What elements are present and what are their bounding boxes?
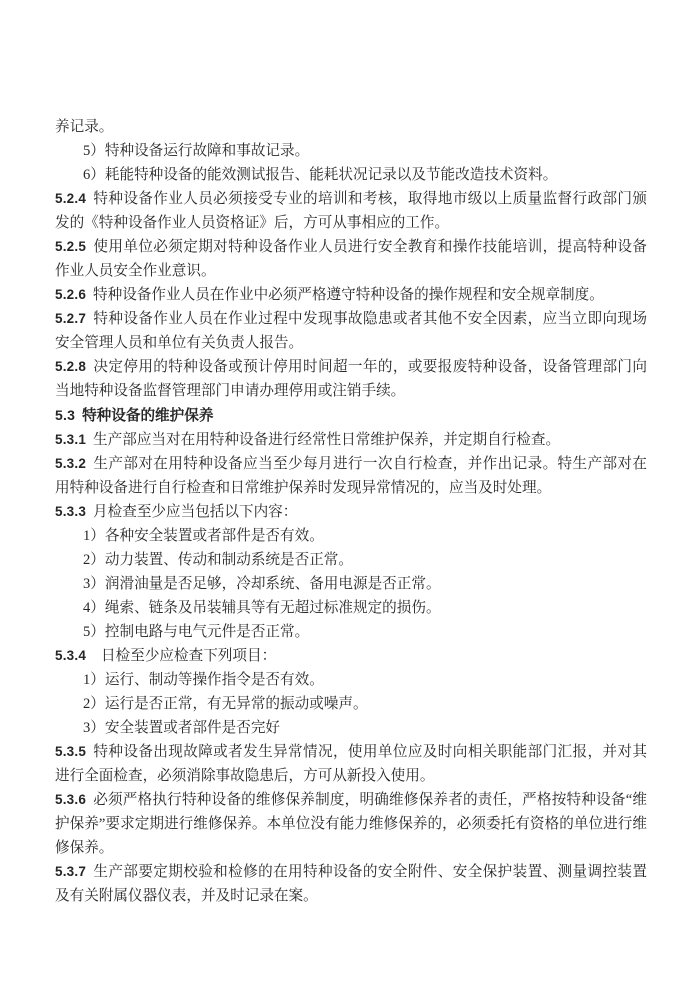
paragraph-text: 月检查至少应当包括以下内容： [93,504,297,520]
paragraph: 5）控制电路与电气元件是否正常。 [55,620,647,644]
section-heading: 5.3特种设备的维护保养 [55,403,647,428]
paragraph: 5.3.7生产部要定期校验和检修的在用特种设备的安全附件、安全保护装置、测量调控… [55,860,647,908]
paragraph-text: 生产部要定期校验和检修的在用特种设备的安全附件、安全保护装置、测量调控装置及有关… [55,864,647,904]
section-number: 5.2.5 [55,239,86,254]
paragraph: 5）特种设备运行故障和事故记录。 [55,139,647,163]
paragraph: 5.2.6特种设备作业人员在作业中必须严格遵守特种设备的操作规程和安全规章制度。 [55,283,647,307]
paragraph: 1）运行、制动等操作指令是否有效。 [55,668,647,692]
paragraph: 6）耗能特种设备的能效测试报告、能耗状况记录以及节能改造技术资料。 [55,163,647,187]
paragraph-text: 1）各种安全装置或者部件是否有效。 [83,528,324,544]
paragraph: 4）绳索、链条及吊装辅具等有无超过标准规定的损伤。 [55,596,647,620]
paragraph-text: 养记录。 [55,119,113,135]
paragraph-text: 特种设备作业人员在作业过程中发现事故隐患或者其他不安全因素，应当立即向现场安全管… [55,311,647,351]
paragraph-text: 4）绳索、链条及吊装辅具等有无超过标准规定的损伤。 [83,600,441,616]
paragraph: 5.2.4特种设备作业人员必须接受专业的培训和考核，取得地市级以上质量监督行政部… [55,187,647,235]
paragraph-text: 日检至少应检查下列项目： [101,648,276,664]
section-number: 5.2.8 [55,359,86,374]
section-number: 5.3 [55,407,75,423]
paragraph: 1）各种安全装置或者部件是否有效。 [55,524,647,548]
paragraph: 养记录。 [55,115,647,139]
paragraph-text: 2）动力装置、传动和制动系统是否正常。 [83,552,353,568]
paragraph: 2）动力装置、传动和制动系统是否正常。 [55,548,647,572]
section-number: 5.3.5 [55,744,86,759]
section-number: 5.3.2 [55,456,86,471]
paragraph: 5.3.1生产部应当对在用特种设备进行经常性日常维护保养，并定期自行检查。 [55,428,647,452]
paragraph: 5.2.5使用单位必须定期对特种设备作业人员进行安全教育和操作技能培训，提高特种… [55,235,647,283]
paragraph: 5.2.7特种设备作业人员在作业过程中发现事故隐患或者其他不安全因素，应当立即向… [55,307,647,355]
paragraph-text: 使用单位必须定期对特种设备作业人员进行安全教育和操作技能培训，提高特种设备作业人… [55,239,647,279]
paragraph: 5.3.6必须严格执行特种设备的维修保养制度，明确维修保养者的责任，严格按特种设… [55,788,647,860]
section-number: 5.3.4 [55,648,86,663]
section-number: 5.2.4 [55,191,86,206]
paragraph: 5.3.2生产部对在用特种设备应当至少每月进行一次自行检查，并作出记录。特生产部… [55,452,647,500]
paragraph-text: 2）运行是否正常，有无异常的振动或噪声。 [83,696,368,712]
paragraph-text: 生产部对在用特种设备应当至少每月进行一次自行检查，并作出记录。特生产部对在用特种… [55,456,647,496]
paragraph: 5.2.8决定停用的特种设备或预计停用时间超一年的，或要报废特种设备，设备管理部… [55,355,647,403]
paragraph-text: 3）润滑油量是否足够，冷却系统、备用电源是否正常。 [83,576,441,592]
paragraph: 2）运行是否正常，有无异常的振动或噪声。 [55,692,647,716]
paragraph: 3）安全装置或者部件是否完好 [55,716,647,740]
paragraph: 5.3.4日检至少应检查下列项目： [55,644,647,668]
paragraph: 3）润滑油量是否足够，冷却系统、备用电源是否正常。 [55,572,647,596]
section-number: 5.3.1 [55,432,86,447]
paragraph-text: 3）安全装置或者部件是否完好 [83,720,280,736]
paragraph: 5.3.5特种设备出现故障或者发生异常情况，使用单位应及时向相关职能部门汇报，并… [55,740,647,788]
section-number: 5.3.3 [55,504,86,519]
paragraph-text: 特种设备作业人员在作业中必须严格遵守特种设备的操作规程和安全规章制度。 [93,287,604,303]
paragraph-text: 特种设备的维护保养 [82,408,213,424]
paragraph: 5.3.3月检查至少应当包括以下内容： [55,500,647,524]
paragraph-text: 特种设备作业人员必须接受专业的培训和考核，取得地市级以上质量监督行政部门颁发的《… [55,191,647,231]
paragraph-text: 特种设备出现故障或者发生异常情况，使用单位应及时向相关职能部门汇报，并对其进行全… [55,744,647,784]
section-number: 5.2.7 [55,311,86,326]
section-number: 5.3.7 [55,864,86,879]
paragraph-text: 生产部应当对在用特种设备进行经常性日常维护保养，并定期自行检查。 [93,432,560,448]
paragraph-text: 5）特种设备运行故障和事故记录。 [83,143,309,159]
paragraph-text: 决定停用的特种设备或预计停用时间超一年的，或要报废特种设备，设备管理部门向当地特… [55,359,647,399]
section-number: 5.3.6 [55,792,86,807]
document-body: 养记录。 5）特种设备运行故障和事故记录。 6）耗能特种设备的能效测试报告、能耗… [55,115,647,908]
paragraph-text: 5）控制电路与电气元件是否正常。 [83,624,309,640]
paragraph-text: 6）耗能特种设备的能效测试报告、能耗状况记录以及节能改造技术资料。 [83,167,557,183]
paragraph-text: 1）运行、制动等操作指令是否有效。 [83,672,324,688]
paragraph-text: 必须严格执行特种设备的维修保养制度，明确维修保养者的责任，严格按特种设备“维护保… [55,792,647,856]
section-number: 5.2.6 [55,287,86,302]
document-page: 养记录。 5）特种设备运行故障和事故记录。 6）耗能特种设备的能效测试报告、能耗… [0,0,700,990]
